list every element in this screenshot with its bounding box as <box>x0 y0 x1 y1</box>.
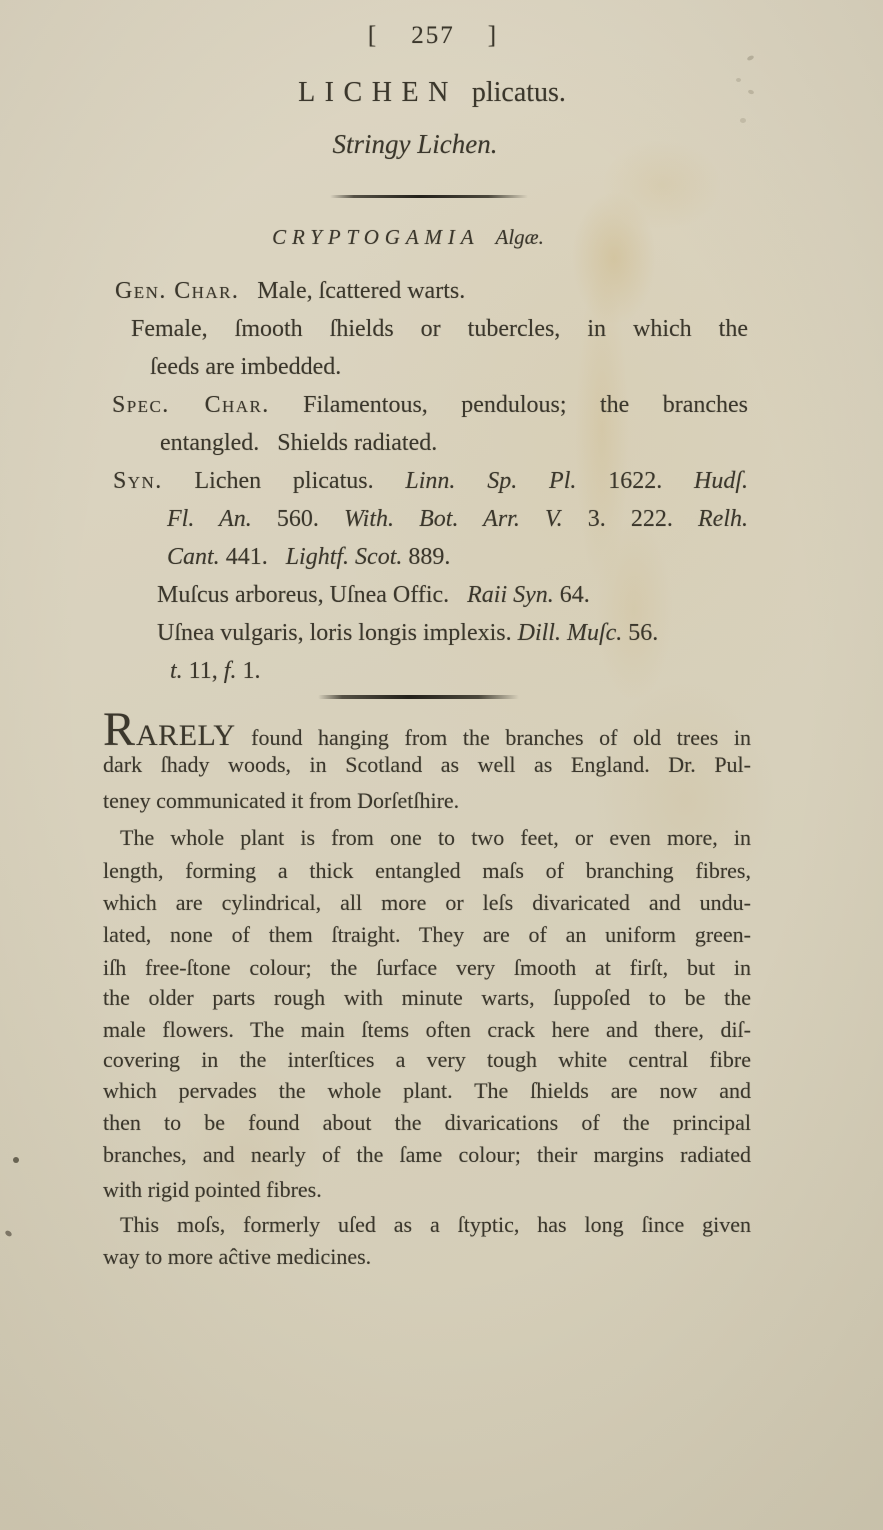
entry-line: entangled. Shields radiated. <box>160 428 437 458</box>
text-segment: Male, ſcattered warts. <box>239 278 465 304</box>
title-genus: LICHEN <box>298 77 458 108</box>
text-segment: 11, <box>183 658 224 684</box>
text-segment: Lichen plicatus. <box>163 468 406 494</box>
classification-class: CRYPTOGAMIA <box>272 225 479 249</box>
text-segment: Relh. <box>698 506 748 532</box>
page-title: LICHENplicatus. <box>298 77 566 109</box>
classification-order: Algæ. <box>496 225 544 249</box>
entry-line: Female, ſmooth ſhields or tubercles, in … <box>131 314 748 344</box>
drop-cap-rest: ARELY <box>136 719 236 752</box>
body-line-text: found hanging from the branches of old t… <box>236 725 751 750</box>
text-segment: 441. <box>220 544 286 570</box>
text-segment: Dill. Muſc. <box>518 620 623 646</box>
entry-line-gen-char: Gen. Char. Male, ſcattered warts. <box>115 276 465 306</box>
common-name-subtitle: Stringy Lichen. <box>333 129 498 160</box>
text-segment: Gen. Char. <box>115 278 239 304</box>
body-line: This moſs, formerly uſed as a ſtyptic, h… <box>103 1211 751 1239</box>
text-segment: Filamentous, pendulous; the branches <box>270 392 748 418</box>
ink-speck <box>13 1157 19 1163</box>
divider-rule-top <box>330 195 528 198</box>
body-line: the older parts rough with minute warts,… <box>103 984 751 1012</box>
body-line: iſh free-ſtone colour; the ſurface very … <box>103 954 751 982</box>
body-line: teney communicated it from Dorſetſhire. <box>103 787 751 815</box>
text-segment: Spec. Char. <box>112 392 270 418</box>
text-segment: ſeeds are imbedded. <box>150 354 341 380</box>
title-species: plicatus. <box>472 77 566 108</box>
divider-rule-middle <box>318 695 519 699</box>
page-number: [ 257 ] <box>368 22 498 50</box>
entry-line-spec-char: Spec. Char. Filamentous, pendulous; the … <box>112 390 748 420</box>
entry-line: Fl. An. 560. With. Bot. Arr. V. 3. 222. … <box>167 504 748 534</box>
body-line: then to be found about the divarications… <box>103 1109 751 1137</box>
ink-speck <box>736 78 741 82</box>
text-segment: Lightf. Scot. <box>286 544 403 570</box>
text-segment: 56. <box>622 620 658 646</box>
text-segment: Cant. <box>167 544 220 570</box>
body-line: RARELY found hanging from the branches o… <box>103 716 751 752</box>
ink-speck <box>740 118 746 123</box>
classification-heading: CRYPTOGAMIAAlgæ. <box>272 225 544 250</box>
body-line: The whole plant is from one to two feet,… <box>103 824 751 852</box>
ink-speck <box>746 55 754 62</box>
text-segment: 560. <box>252 506 344 532</box>
entry-line: ſeeds are imbedded. <box>150 352 341 382</box>
text-segment: 64. <box>554 582 590 608</box>
text-segment: Uſnea vulgaris, loris longis implexis. <box>157 620 518 646</box>
text-segment: 889. <box>402 544 450 570</box>
text-segment: With. Bot. Arr. V. <box>344 506 563 532</box>
body-line: male flowers. The main ſtems often crack… <box>103 1016 751 1044</box>
book-page: [ 257 ] LICHENplicatus. Stringy Lichen. … <box>0 0 883 1530</box>
text-segment: Syn. <box>113 468 163 494</box>
body-line: covering in the interſtices a very tough… <box>103 1046 751 1074</box>
text-segment: entangled. Shields radiated. <box>160 430 437 456</box>
drop-cap: R <box>103 703 136 756</box>
body-line: which are cylindrical, all more or leſs … <box>103 889 751 917</box>
body-line: lated, none of them ſtraight. They are o… <box>103 921 751 949</box>
text-segment: Raii Syn. <box>467 582 554 608</box>
body-line: length, forming a thick entangled maſs o… <box>103 857 751 885</box>
text-segment: 3. 222. <box>563 506 698 532</box>
text-segment: t. <box>170 658 183 684</box>
text-segment: 1622. <box>576 468 694 494</box>
entry-line: t. 11, f. 1. <box>170 656 260 686</box>
entry-line: Muſcus arboreus, Uſnea Offic. Raii Syn. … <box>157 580 590 610</box>
body-line: way to more aĉtive medicines. <box>103 1243 751 1271</box>
entry-line-synonyms: Syn. Lichen plicatus. Linn. Sp. Pl. 1622… <box>113 466 748 496</box>
body-line: with rigid pointed fibres. <box>103 1176 751 1204</box>
ink-speck <box>4 1229 13 1237</box>
entry-line: Cant. 441. Lightf. Scot. 889. <box>167 542 450 572</box>
text-segment: f. <box>224 658 237 684</box>
body-line: branches, and nearly of the ſame colour;… <box>103 1141 751 1169</box>
ink-speck <box>747 89 754 95</box>
text-segment: Fl. An. <box>167 506 252 532</box>
text-segment: 1. <box>236 658 260 684</box>
body-line: dark ſhady woods, in Scotland as well as… <box>103 751 751 779</box>
text-segment: Linn. Sp. Pl. <box>405 468 576 494</box>
body-line: which pervades the whole plant. The ſhie… <box>103 1077 751 1105</box>
text-segment: Hudſ. <box>694 468 748 494</box>
text-segment: Female, ſmooth ſhields or tubercles, in … <box>131 316 748 342</box>
text-segment: Muſcus arboreus, Uſnea Offic. <box>157 582 467 608</box>
entry-line: Uſnea vulgaris, loris longis implexis. D… <box>157 618 658 648</box>
